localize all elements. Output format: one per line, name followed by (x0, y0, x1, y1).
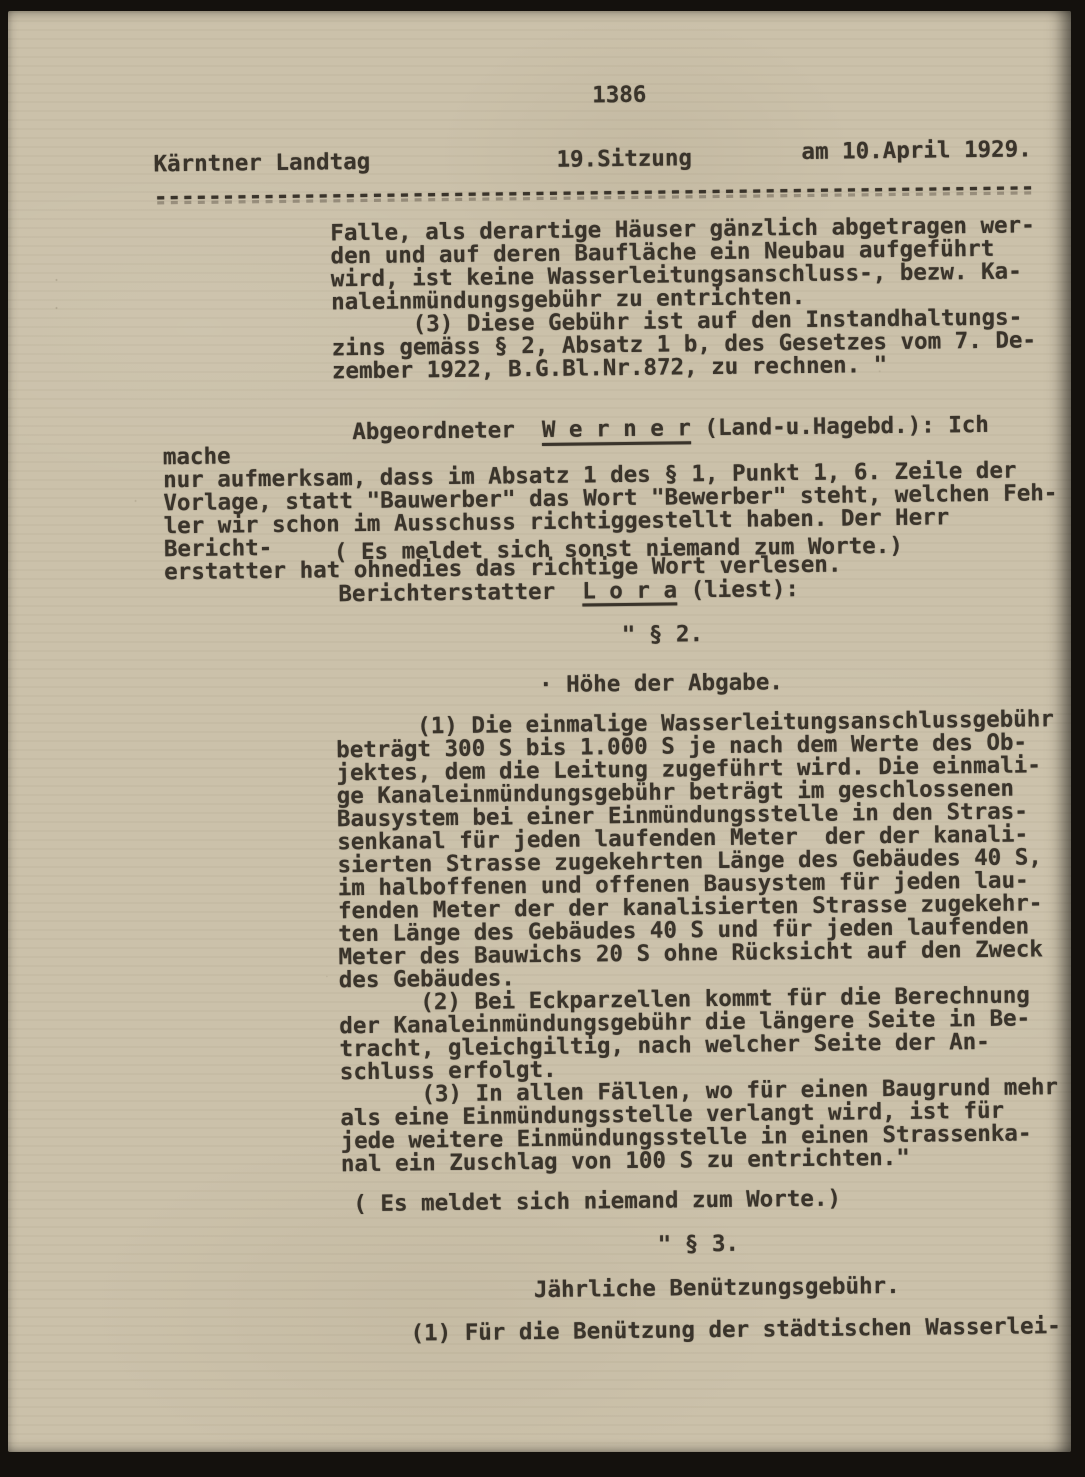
reporter-title: Berichterstatter (338, 579, 582, 608)
section-2-heading: " § 2. (7, 619, 1070, 654)
section-3-heading: " § 3. (14, 1229, 1077, 1264)
reporter-action: (liest): (677, 576, 799, 603)
typed-content: 1386 Kärntner Landtag 19.Sitzung am 10.A… (0, 5, 1079, 1458)
section-2-subheading: · Höhe der Abgabe. (7, 668, 1070, 703)
speaker-name-lora: L o r a (582, 577, 677, 604)
section-3-body: (1) Für die Benützung der städtischen Wa… (343, 1315, 1061, 1346)
reporter-line: Berichterstatter L o r a (liest): (338, 578, 799, 606)
carryover-quote-paragraph: Falle, als derartige Häuser gänzlich abg… (330, 214, 1036, 383)
speaker-name-werner: W e r n e r (542, 415, 691, 443)
header-publication: Kärntner Landtag (153, 151, 370, 176)
page-number: 1386 (1, 79, 1064, 114)
header-dashed-rule: ----------------------------------------… (154, 176, 1036, 209)
section-3-subheading: Jährliche Benützungsgebühr. (14, 1273, 1077, 1308)
section-2-body: (1) Die einmalige Wasserleitungsanschlus… (336, 708, 1059, 1176)
paper-sheet: 1386 Kärntner Landtag 19.Sitzung am 10.A… (8, 11, 1071, 1452)
scanned-page: { "scan": { "page_number": "1386", "head… (0, 0, 1085, 1477)
header-date: am 10.April 1929. (801, 138, 1032, 164)
stage-note-no-speakers-2: ( Es meldet sich niemand zum Worte.) (353, 1188, 841, 1217)
header-session: 19.Sitzung (556, 147, 692, 172)
